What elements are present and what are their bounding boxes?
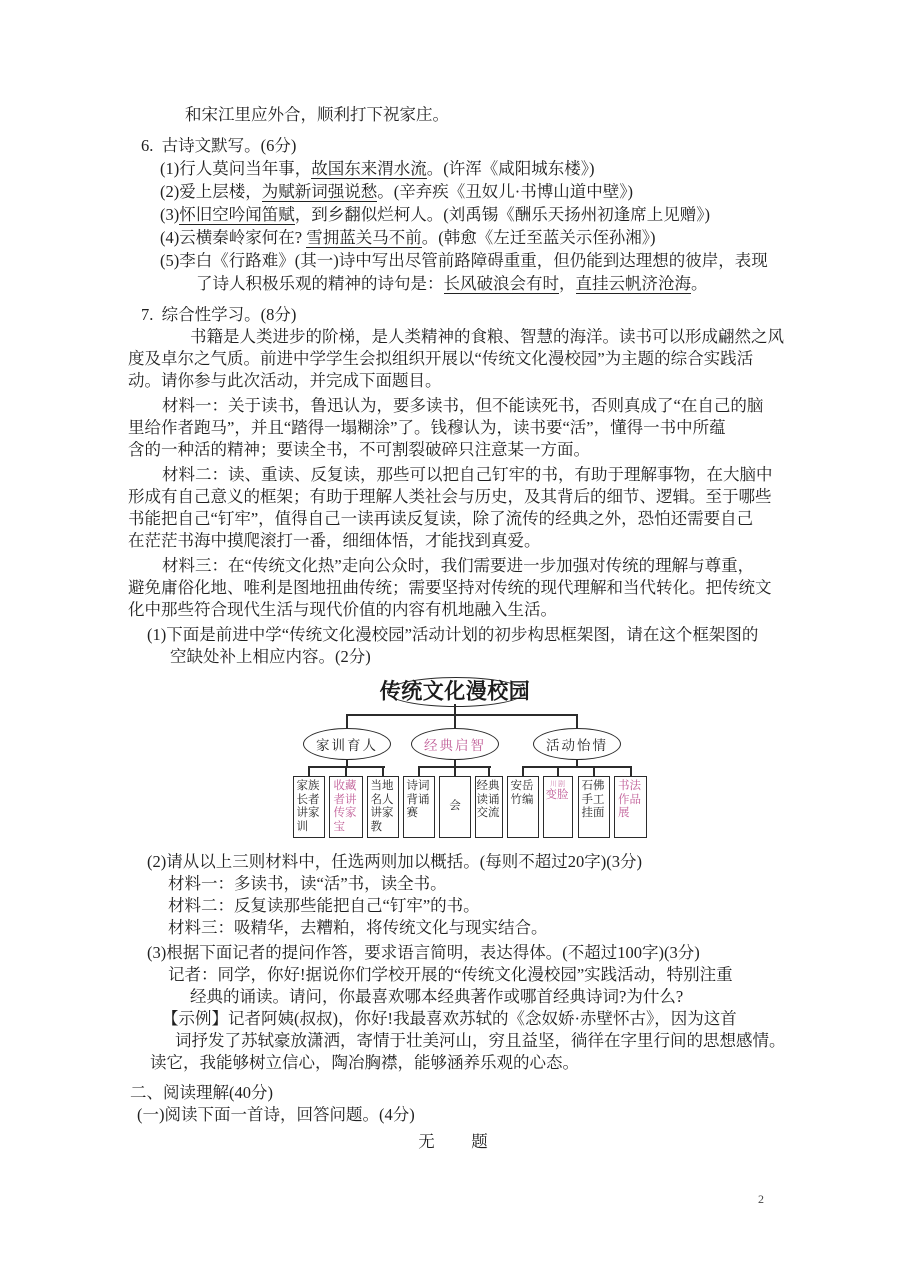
text-line: (3)怀旧空吟闻笛赋，到乡翻似烂柯人。(刘禹锡《酬乐天扬州初逢席上见赠》) <box>160 203 874 226</box>
text-segment: 动。请你参与此次活动，并完成下面题目。 <box>128 371 442 390</box>
text-segment: (2)爱上层楼， <box>160 182 262 201</box>
box-stub-line <box>522 766 524 776</box>
text-line: (2)请从以上三则材料中，任选两则加以概括。(每则不超过20字)(3分) <box>147 851 874 873</box>
text-line: 【示例】记者阿姨(叔叔)，你好!我最喜欢苏轼的《念奴娇·赤壁怀古》，因为这首 <box>162 1008 874 1030</box>
text-segment: 含的一种活的精神；要读全书，不可割裂破碎只注意某一方面。 <box>128 440 590 459</box>
branch-oval: 家训育人 <box>303 728 391 760</box>
text-segment: 7. 综合性学习。(8分) <box>141 305 296 324</box>
text-line: (5)李白《行路难》(其一)诗中写出尽管前路障碍重重，但仍能到达理想的彼岸，表现 <box>160 249 874 272</box>
text-line: (3)根据下面记者的提问作答，要求语言简明，表达得体。(不超过100字)(3分) <box>147 942 874 964</box>
text-segment: (1)下面是前进中学“传统文化漫校园”活动计划的初步构思框架图，请在这个框架图的 <box>147 625 758 644</box>
oval-stub-line <box>576 714 578 728</box>
text-segment: 度及卓尔之气质。前进中学学生会拟组织开展以“传统文化漫校园”为主题的综合实践活 <box>128 349 753 368</box>
text-segment: 材料三：在“传统文化热”走向公众时，我们需要进一步加强对传统的理解与尊重， <box>162 556 754 575</box>
text-segment: (1)行人莫问当年事， <box>160 159 311 178</box>
text-line: 度及卓尔之气质。前进中学学生会拟组织开展以“传统文化漫校园”为主题的综合实践活 <box>128 348 874 370</box>
text-segment: 【示例】记者阿姨(叔叔)，你好!我最喜欢苏轼的《念奴娇·赤壁怀古》，因为这首 <box>162 1009 737 1028</box>
text-segment: 材料二：读、重读、反复读，那些可以把自己钉牢的书，有助于理解事物，在大脑中 <box>162 465 773 484</box>
oval-stub-line <box>454 714 456 728</box>
text-line: 材料三：吸精华，去糟粕，将传统文化与现实结合。 <box>168 917 874 939</box>
text-segment: (5)李白《行路难》(其一)诗中写出尽管前路障碍重重，但仍能到达理想的彼岸，表现 <box>160 251 768 270</box>
text-segment: 经典的诵读。请问，你最喜欢哪本经典著作或哪首经典诗词?为什么? <box>190 987 683 1006</box>
text-segment: 书籍是人类进步的阶梯，是人类精神的食粮、智慧的海洋。读书可以形成翩然之风 <box>190 327 784 346</box>
text-line: 6. 古诗文默写。(6分) <box>141 135 874 157</box>
text-line: 了诗人积极乐观的精神的诗句是：长风破浪会有时，直挂云帆济沧海。 <box>196 272 874 295</box>
branch-label: 活动怡情 <box>546 734 608 754</box>
text-line: 材料一：多读书，读“活”书，读全书。 <box>168 873 874 895</box>
text-segment: 怀旧空吟闻笛赋 <box>179 205 295 225</box>
text-line: 材料二：读、重读、反复读，那些可以把自己钉牢的书，有助于理解事物，在大脑中 <box>162 464 874 486</box>
text-line: 在茫茫书海中摸爬滚打一番，细细体悟，才能找到真爱。 <box>128 530 874 552</box>
text-line: 7. 综合性学习。(8分) <box>141 304 874 326</box>
text-segment: 读它，我能够树立信心，陶冶胸襟，能够涵养乐观的心态。 <box>150 1053 579 1072</box>
activity-box-label: 经典读诵交流 <box>477 780 502 821</box>
oval-stub-line <box>346 714 348 728</box>
text-line: (1)下面是前进中学“传统文化漫校园”活动计划的初步构思框架图，请在这个框架图的 <box>147 624 874 646</box>
text-segment: (3)根据下面记者的提问作答，要求语言简明，表达得体。(不超过100字)(3分) <box>147 943 700 962</box>
text-segment: 。(辛弃疾《丑奴儿·书博山道中壁》) <box>377 182 633 201</box>
text-line: 动。请你参与此次活动，并完成下面题目。 <box>128 370 874 392</box>
branch-oval: 活动怡情 <box>533 728 621 760</box>
page-number: 2 <box>758 1192 764 1207</box>
text-line: (1)行人莫问当年事，故国东来渭水流。(许浑《咸阳城东楼》) <box>160 157 874 180</box>
text-segment: 直挂云帆济沧海 <box>576 274 692 294</box>
activity-box: 川剧变脸 <box>543 776 573 838</box>
text-segment: 。(许浑《咸阳城东楼》) <box>427 159 595 178</box>
text-segment: 二、阅读理解(40分) <box>130 1083 273 1102</box>
box-stub-line <box>488 766 490 776</box>
text-line: 空缺处补上相应内容。(2分) <box>170 646 874 668</box>
text-line: (2)爱上层楼，为赋新词强说愁。(辛弃疾《丑奴儿·书博山道中壁》) <box>160 180 874 203</box>
text-segment: 形成有自己意义的框架；有助于理解人类社会与历史，及其背后的细节、逻辑。至于哪些 <box>128 487 772 506</box>
text-segment: 材料一：关于读书，鲁迅认为，要多读书，但不能读死书，否则真成了“在自己的脑 <box>162 396 763 415</box>
box-stub-line <box>418 766 420 776</box>
text-segment: 故国东来渭水流 <box>311 159 427 179</box>
activity-box-label: 诗词背诵赛 <box>407 780 432 821</box>
branch-horizontal-line <box>309 766 385 768</box>
branch-horizontal-line <box>523 766 632 768</box>
activity-box: 经典读诵交流 <box>475 776 503 838</box>
text-segment: 长风破浪会有时 <box>444 274 560 294</box>
diagram-title: 传统文化漫校园 <box>375 674 535 705</box>
text-line: 里给作者跑马”，并且“踏得一塌糊涂”了。钱穆认为，读书要“活”，懂得一书中所蕴 <box>128 417 874 439</box>
text-segment: 为赋新词强说愁 <box>262 182 378 202</box>
text-line: 经典的诵读。请问，你最喜欢哪本经典著作或哪首经典诗词?为什么? <box>190 986 874 1008</box>
box-stub-line <box>345 766 347 776</box>
box-stub-line <box>593 766 595 776</box>
activity-box-label: 家族长者讲家训 <box>297 780 322 834</box>
text-line: 二、阅读理解(40分) <box>130 1082 874 1104</box>
text-segment: 材料三：吸精华，去糟粕，将传统文化与现实结合。 <box>168 918 548 937</box>
activity-box-label: 变脸 <box>546 789 571 803</box>
text-segment: 材料二：反复读那些能把自己“钉牢”的书。 <box>168 896 480 915</box>
text-segment: 词抒发了苏轼豪放潇洒，寄情于壮美河山，穷且益坚，徜徉在字里行间的思想感情。 <box>175 1031 786 1050</box>
activity-box-label: 安岳竹编 <box>511 780 536 807</box>
text-line: 词抒发了苏轼豪放潇洒，寄情于壮美河山，穷且益坚，徜徉在字里行间的思想感情。 <box>175 1030 874 1052</box>
text-segment: 里给作者跑马”，并且“踏得一塌糊涂”了。钱穆认为，读书要“活”，懂得一书中所蕴 <box>128 418 726 437</box>
text-line: 材料一：关于读书，鲁迅认为，要多读书，但不能读死书，否则真成了“在自己的脑 <box>162 395 874 417</box>
text-line: 读它，我能够树立信心，陶冶胸襟，能够涵养乐观的心态。 <box>150 1052 874 1074</box>
text-line: 记者：同学，你好!据说你们学校开展的“传统文化漫校园”实践活动，特别注重 <box>168 964 874 986</box>
text-line: 形成有自己意义的框架；有助于理解人类社会与历史，及其背后的细节、逻辑。至于哪些 <box>128 486 874 508</box>
title-stub-line <box>454 704 456 714</box>
text-line: 书籍是人类进步的阶梯，是人类精神的食粮、智慧的海洋。读书可以形成翩然之风 <box>190 326 874 348</box>
text-segment: 记者：同学，你好!据说你们学校开展的“传统文化漫校园”实践活动，特别注重 <box>168 965 733 984</box>
text-segment: (一)阅读下面一首诗，回答问题。(4分) <box>137 1105 415 1124</box>
text-line: 书能把自己“钉牢”，值得自己一读再读反复读，除了流传的经典之外，恐怕还需要自己 <box>128 508 874 530</box>
text-line: 含的一种活的精神；要读全书，不可割裂破碎只注意某一方面。 <box>128 439 874 461</box>
text-segment: 化中那些符合现代生活与现代价值的内容有机地融入生活。 <box>128 600 557 619</box>
activity-box-small-label: 川剧 <box>550 780 566 788</box>
box-stub-line <box>557 766 559 776</box>
activity-box: 安岳竹编 <box>507 776 539 838</box>
text-segment: (4)云横秦岭家何在? <box>160 228 306 247</box>
branch-oval: 经典启智 <box>411 728 499 760</box>
branch-label: 家训育人 <box>316 734 378 754</box>
text-line: 化中那些符合现代生活与现代价值的内容有机地融入生活。 <box>128 599 874 621</box>
activity-box: 家族长者讲家训 <box>293 776 325 838</box>
activity-box: 当地名人讲家教 <box>367 776 399 838</box>
text-segment: ， <box>559 274 576 293</box>
box-stub-line <box>382 766 384 776</box>
text-segment: 无 题 <box>418 1132 498 1151</box>
text-segment: 材料一：多读书，读“活”书，读全书。 <box>168 874 447 893</box>
text-line: 材料二：反复读那些能把自己“钉牢”的书。 <box>168 895 874 917</box>
activity-box-label: 石佛手工挂面 <box>582 780 607 821</box>
text-segment: 6. 古诗文默写。(6分) <box>141 136 296 155</box>
text-segment: 了诗人积极乐观的精神的诗句是： <box>196 274 444 293</box>
text-line: (4)云横秦岭家何在? 雪拥蓝关马不前。(韩愈《左迁至蓝关示侄孙湘》) <box>160 226 874 249</box>
text-segment: 书能把自己“钉牢”，值得自己一读再读反复读，除了流传的经典之外，恐怕还需要自己 <box>128 509 753 528</box>
activity-box: 石佛手工挂面 <box>578 776 610 838</box>
document-page: 和宋江里应外合，顺利打下祝家庄。6. 古诗文默写。(6分)(1)行人莫问当年事，… <box>0 0 904 1280</box>
activity-box-label: 书法作品展 <box>618 780 643 821</box>
text-segment: (2)请从以上三则材料中，任选两则加以概括。(每则不超过20字)(3分) <box>147 852 642 871</box>
box-stub-line <box>630 766 632 776</box>
branch-label: 经典启智 <box>424 734 486 754</box>
text-segment: 雪拥蓝关马不前 <box>306 228 422 248</box>
text-segment: 。 <box>691 274 708 293</box>
text-block-bottom: (2)请从以上三则材料中，任选两则加以概括。(每则不超过20字)(3分)材料一：… <box>128 851 874 1154</box>
activity-box: 书法作品展 <box>614 776 647 838</box>
text-segment: 避免庸俗化地、唯利是图地扭曲传统；需要坚持对传统的现代理解和当代转化。把传统文 <box>128 578 772 597</box>
activity-box-label: 收藏者讲传家宝 <box>334 780 359 834</box>
text-segment: 。(韩愈《左迁至蓝关示侄孙湘》) <box>422 228 656 247</box>
text-segment: (3) <box>160 205 179 224</box>
text-line: 和宋江里应外合，顺利打下祝家庄。 <box>185 104 874 126</box>
text-line: (一)阅读下面一首诗，回答问题。(4分) <box>137 1104 874 1126</box>
text-segment: 在茫茫书海中摸爬滚打一番，细细体悟，才能找到真爱。 <box>128 531 541 550</box>
activity-box-label: 当地名人讲家教 <box>371 780 396 834</box>
main-horizontal-line <box>346 714 578 716</box>
text-block-top: 和宋江里应外合，顺利打下祝家庄。6. 古诗文默写。(6分)(1)行人莫问当年事，… <box>128 104 874 668</box>
activity-box: 会 <box>439 776 471 838</box>
activity-box-label: 会 <box>449 800 461 814</box>
box-stub-line <box>308 766 310 776</box>
framework-diagram: 传统文化漫校园家训育人经典启智活动怡情家族长者讲家训收藏者讲传家宝当地名人讲家教… <box>0 670 904 848</box>
text-segment: 和宋江里应外合，顺利打下祝家庄。 <box>185 105 449 124</box>
text-line: 材料三：在“传统文化热”走向公众时，我们需要进一步加强对传统的理解与尊重， <box>162 555 874 577</box>
text-segment: ，到乡翻似烂柯人。(刘禹锡《酬乐天扬州初逢席上见赠》) <box>295 205 710 224</box>
activity-box: 诗词背诵赛 <box>403 776 435 838</box>
text-segment: 空缺处补上相应内容。(2分) <box>170 647 371 666</box>
text-line: 避免庸俗化地、唯利是图地扭曲传统；需要坚持对传统的现代理解和当代转化。把传统文 <box>128 577 874 599</box>
document-body: 和宋江里应外合，顺利打下祝家庄。6. 古诗文默写。(6分)(1)行人莫问当年事，… <box>0 0 904 1154</box>
box-stub-line <box>454 766 456 776</box>
activity-box: 收藏者讲传家宝 <box>329 776 363 838</box>
text-line: 无 题 <box>128 1130 788 1154</box>
